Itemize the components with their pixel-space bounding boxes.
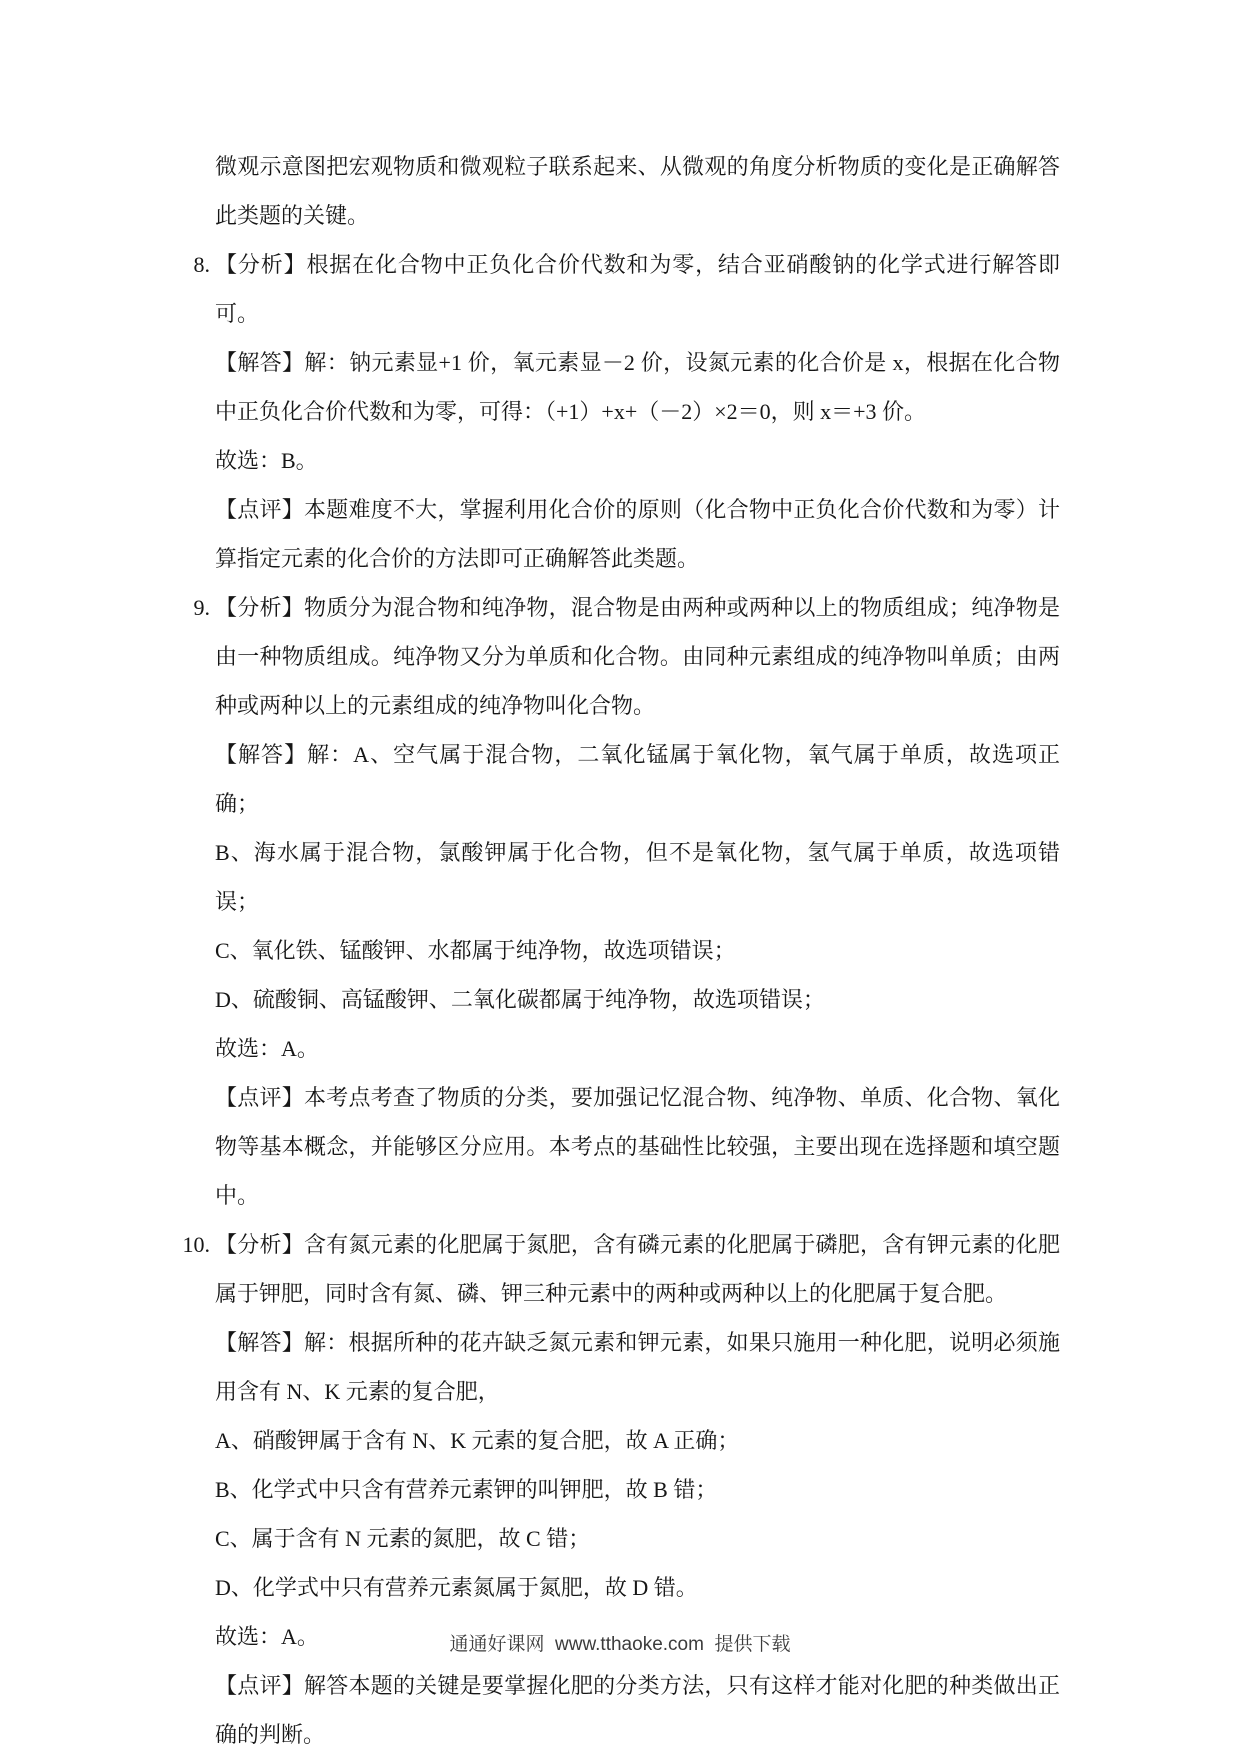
paragraph-text: 【解答】解：A、空气属于混合物，二氧化锰属于氧化物，氧气属于单质，故选项正确； bbox=[215, 742, 1060, 816]
paragraph-text: 【点评】解答本题的关键是要掌握化肥的分类方法，只有这样才能对化肥的种类做出正确的… bbox=[215, 1673, 1060, 1747]
paragraph: B、海水属于混合物，氯酸钾属于化合物，但不是氧化物，氢气属于单质，故选项错误； bbox=[215, 828, 1060, 926]
answer-item: 10.【分析】含有氮元素的化肥属于氮肥，含有磷元素的化肥属于磷肥，含有钾元素的化… bbox=[215, 1220, 1060, 1754]
paragraph: 8.【分析】根据在化合物中正负化合价代数和为零，结合亚硝酸钠的化学式进行解答即可… bbox=[215, 240, 1060, 338]
paragraph-text: 【解答】解：根据所种的花卉缺乏氮元素和钾元素，如果只施用一种化肥，说明必须施用含… bbox=[215, 1330, 1060, 1404]
paragraph-text: 【点评】本考点考查了物质的分类，要加强记忆混合物、纯净物、单质、化合物、氧化物等… bbox=[215, 1085, 1060, 1208]
paragraph: 微观示意图把宏观物质和微观粒子联系起来、从微观的角度分析物质的变化是正确解答此类… bbox=[215, 142, 1060, 240]
item-number: 8. bbox=[194, 240, 216, 289]
paragraph: B、化学式中只含有营养元素钾的叫钾肥，故 B 错； bbox=[215, 1465, 1060, 1514]
paragraph: 【解答】解：A、空气属于混合物，二氧化锰属于氧化物，氧气属于单质，故选项正确； bbox=[215, 730, 1060, 828]
paragraph-text: 故选：B。 bbox=[215, 448, 318, 473]
paragraph: 【点评】本考点考查了物质的分类，要加强记忆混合物、纯净物、单质、化合物、氧化物等… bbox=[215, 1073, 1060, 1220]
paragraph-text: C、氧化铁、锰酸钾、水都属于纯净物，故选项错误； bbox=[215, 938, 736, 963]
paragraph-text: B、海水属于混合物，氯酸钾属于化合物，但不是氧化物，氢气属于单质，故选项错误； bbox=[215, 840, 1060, 914]
paragraph-text: C、属于含有 N 元素的氮肥，故 C 错； bbox=[215, 1526, 590, 1551]
paragraph: D、化学式中只有营养元素氮属于氮肥，故 D 错。 bbox=[215, 1563, 1060, 1612]
paragraph: 【点评】解答本题的关键是要掌握化肥的分类方法，只有这样才能对化肥的种类做出正确的… bbox=[215, 1661, 1060, 1754]
item-number: 9. bbox=[194, 583, 216, 632]
paragraph-text: D、化学式中只有营养元素氮属于氮肥，故 D 错。 bbox=[215, 1575, 698, 1600]
paragraph: 【解答】解：钠元素显+1 价，氧元素显－2 价，设氮元素的化合价是 x，根据在化… bbox=[215, 338, 1060, 436]
paragraph-text: D、硫酸铜、高锰酸钾、二氧化碳都属于纯净物，故选项错误； bbox=[215, 987, 825, 1012]
paragraph-text: 【解答】解：钠元素显+1 价，氧元素显－2 价，设氮元素的化合价是 x，根据在化… bbox=[215, 350, 1060, 424]
paragraph: 【点评】本题难度不大，掌握利用化合价的原则（化合物中正负化合价代数和为零）计算指… bbox=[215, 485, 1060, 583]
document-body: 微观示意图把宏观物质和微观粒子联系起来、从微观的角度分析物质的变化是正确解答此类… bbox=[215, 142, 1060, 1754]
paragraph-text: 【分析】物质分为混合物和纯净物，混合物是由两种或两种以上的物质组成；纯净物是由一… bbox=[215, 595, 1060, 718]
paragraph: 故选：B。 bbox=[215, 436, 1060, 485]
paragraph: C、属于含有 N 元素的氮肥，故 C 错； bbox=[215, 1514, 1060, 1563]
paragraph-text: 故选：A。 bbox=[215, 1036, 319, 1061]
paragraph: 10.【分析】含有氮元素的化肥属于氮肥，含有磷元素的化肥属于磷肥，含有钾元素的化… bbox=[215, 1220, 1060, 1318]
item-number: 10. bbox=[183, 1220, 216, 1269]
paragraph: D、硫酸铜、高锰酸钾、二氧化碳都属于纯净物，故选项错误； bbox=[215, 975, 1060, 1024]
paragraph-text: A、硝酸钾属于含有 N、K 元素的复合肥，故 A 正确； bbox=[215, 1428, 739, 1453]
page-footer: 通通好课网 www.tthaoke.com 提供下载 bbox=[0, 1632, 1240, 1658]
paragraph-text: 【分析】含有氮元素的化肥属于氮肥，含有磷元素的化肥属于磷肥，含有钾元素的化肥属于… bbox=[215, 1232, 1060, 1306]
paragraph: 故选：A。 bbox=[215, 1024, 1060, 1073]
paragraph: A、硝酸钾属于含有 N、K 元素的复合肥，故 A 正确； bbox=[215, 1416, 1060, 1465]
answer-item: 8.【分析】根据在化合物中正负化合价代数和为零，结合亚硝酸钠的化学式进行解答即可… bbox=[215, 240, 1060, 583]
paragraph-text: 【点评】本题难度不大，掌握利用化合价的原则（化合物中正负化合价代数和为零）计算指… bbox=[215, 497, 1060, 571]
answer-item: 微观示意图把宏观物质和微观粒子联系起来、从微观的角度分析物质的变化是正确解答此类… bbox=[215, 142, 1060, 240]
paragraph: 【解答】解：根据所种的花卉缺乏氮元素和钾元素，如果只施用一种化肥，说明必须施用含… bbox=[215, 1318, 1060, 1416]
answer-item: 9.【分析】物质分为混合物和纯净物，混合物是由两种或两种以上的物质组成；纯净物是… bbox=[215, 583, 1060, 1220]
paragraph: C、氧化铁、锰酸钾、水都属于纯净物，故选项错误； bbox=[215, 926, 1060, 975]
paragraph-text: 【分析】根据在化合物中正负化合价代数和为零，结合亚硝酸钠的化学式进行解答即可。 bbox=[215, 252, 1060, 326]
paragraph-text: 微观示意图把宏观物质和微观粒子联系起来、从微观的角度分析物质的变化是正确解答此类… bbox=[215, 154, 1060, 228]
paragraph: 9.【分析】物质分为混合物和纯净物，混合物是由两种或两种以上的物质组成；纯净物是… bbox=[215, 583, 1060, 730]
paragraph-text: B、化学式中只含有营养元素钾的叫钾肥，故 B 错； bbox=[215, 1477, 717, 1502]
